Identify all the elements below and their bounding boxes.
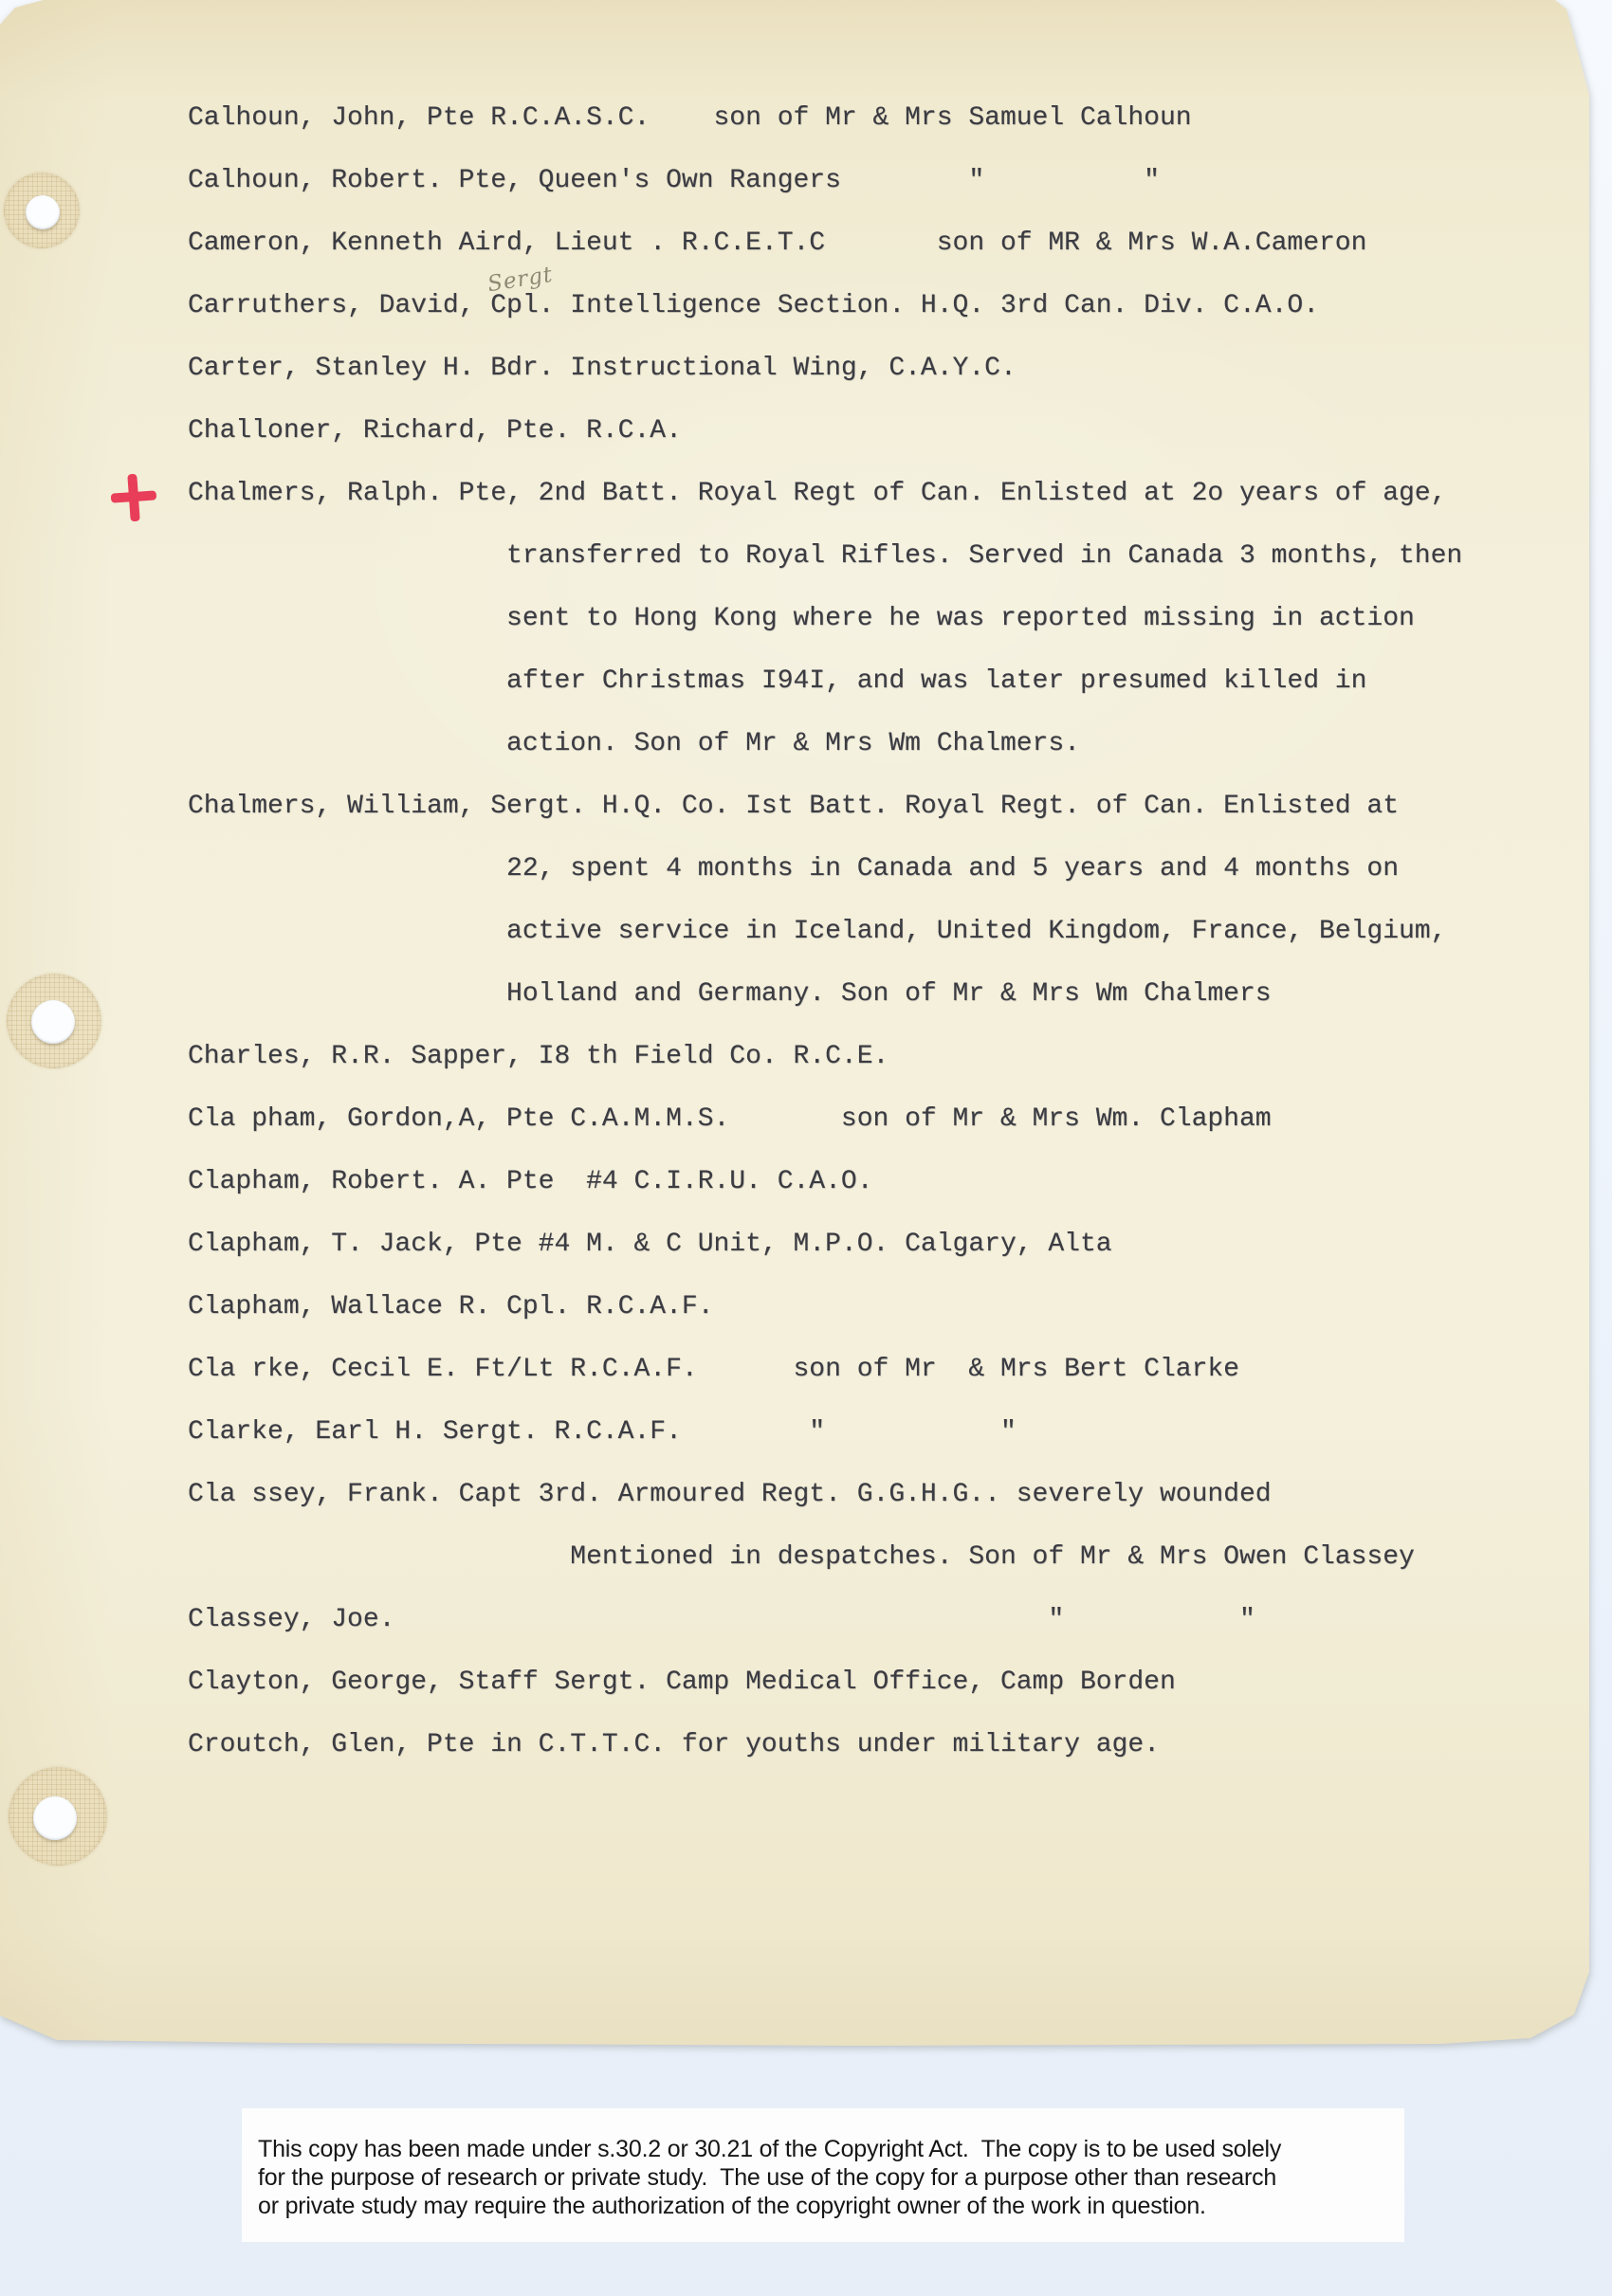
roster-line: Chalmers, Ralph. Pte, 2nd Batt. Royal Re… (188, 463, 1462, 525)
roster-line: active service in Iceland, United Kingdo… (188, 901, 1462, 963)
roster-line: sent to Hong Kong where he was reported … (188, 588, 1462, 650)
roster-line: Cla rke, Cecil E. Ft/Lt R.C.A.F. son of … (188, 1339, 1462, 1401)
roster-line: Clapham, Wallace R. Cpl. R.C.A.F. (188, 1276, 1462, 1339)
roster-line: Classey, Joe. " " (188, 1589, 1462, 1651)
roster-line: Calhoun, John, Pte R.C.A.S.C. son of Mr … (188, 87, 1462, 150)
roster-line: Cla ssey, Frank. Capt 3rd. Armoured Regt… (188, 1464, 1462, 1526)
roster-line: Charles, R.R. Sapper, I8 th Field Co. R.… (188, 1026, 1462, 1088)
roster-line: Clapham, Robert. A. Pte #4 C.I.R.U. C.A.… (188, 1151, 1462, 1213)
roster-line: transferred to Royal Rifles. Served in C… (188, 525, 1462, 588)
roster-line: Croutch, Glen, Pte in C.T.T.C. for youth… (188, 1714, 1462, 1777)
roster-line: Clarke, Earl H. Sergt. R.C.A.F. " " (188, 1401, 1462, 1464)
scanned-document-page: { "document": { "type": "typewritten-ros… (0, 0, 1612, 2296)
roster-line: Holland and Germany. Son of Mr & Mrs Wm … (188, 963, 1462, 1026)
typewritten-roster: Calhoun, John, Pte R.C.A.S.C. son of Mr … (188, 87, 1462, 1777)
red-cross-annotation-icon (111, 472, 156, 523)
roster-line: 22, spent 4 months in Canada and 5 years… (188, 838, 1462, 901)
copyright-notice-line: for the purpose of research or private s… (258, 2163, 1387, 2192)
roster-line: Clapham, T. Jack, Pte #4 M. & C Unit, M.… (188, 1213, 1462, 1276)
copyright-notice-box: This copy has been made under s.30.2 or … (242, 2108, 1404, 2242)
roster-line: Mentioned in despatches. Son of Mr & Mrs… (188, 1526, 1462, 1589)
roster-line: action. Son of Mr & Mrs Wm Chalmers. (188, 713, 1462, 775)
punched-hole-icon (31, 1000, 75, 1044)
roster-line: Calhoun, Robert. Pte, Queen's Own Ranger… (188, 150, 1462, 212)
roster-line: Cameron, Kenneth Aird, Lieut . R.C.E.T.C… (188, 212, 1462, 275)
roster-line: after Christmas I94I, and was later pres… (188, 650, 1462, 713)
roster-line: Carruthers, David, Cpl. Intelligence Sec… (188, 275, 1462, 337)
copyright-notice-line: This copy has been made under s.30.2 or … (258, 2135, 1387, 2163)
roster-line: Clayton, George, Staff Sergt. Camp Medic… (188, 1651, 1462, 1714)
roster-line: Challoner, Richard, Pte. R.C.A. (188, 400, 1462, 463)
roster-line: Cla pham, Gordon,A, Pte C.A.M.M.S. son o… (188, 1088, 1462, 1151)
copyright-notice-line: or private study may require the authori… (258, 2192, 1387, 2220)
punched-hole-icon (33, 1796, 77, 1840)
punched-hole-icon (26, 195, 60, 229)
roster-line: Chalmers, William, Sergt. H.Q. Co. Ist B… (188, 775, 1462, 838)
roster-line: Carter, Stanley H. Bdr. Instructional Wi… (188, 337, 1462, 400)
